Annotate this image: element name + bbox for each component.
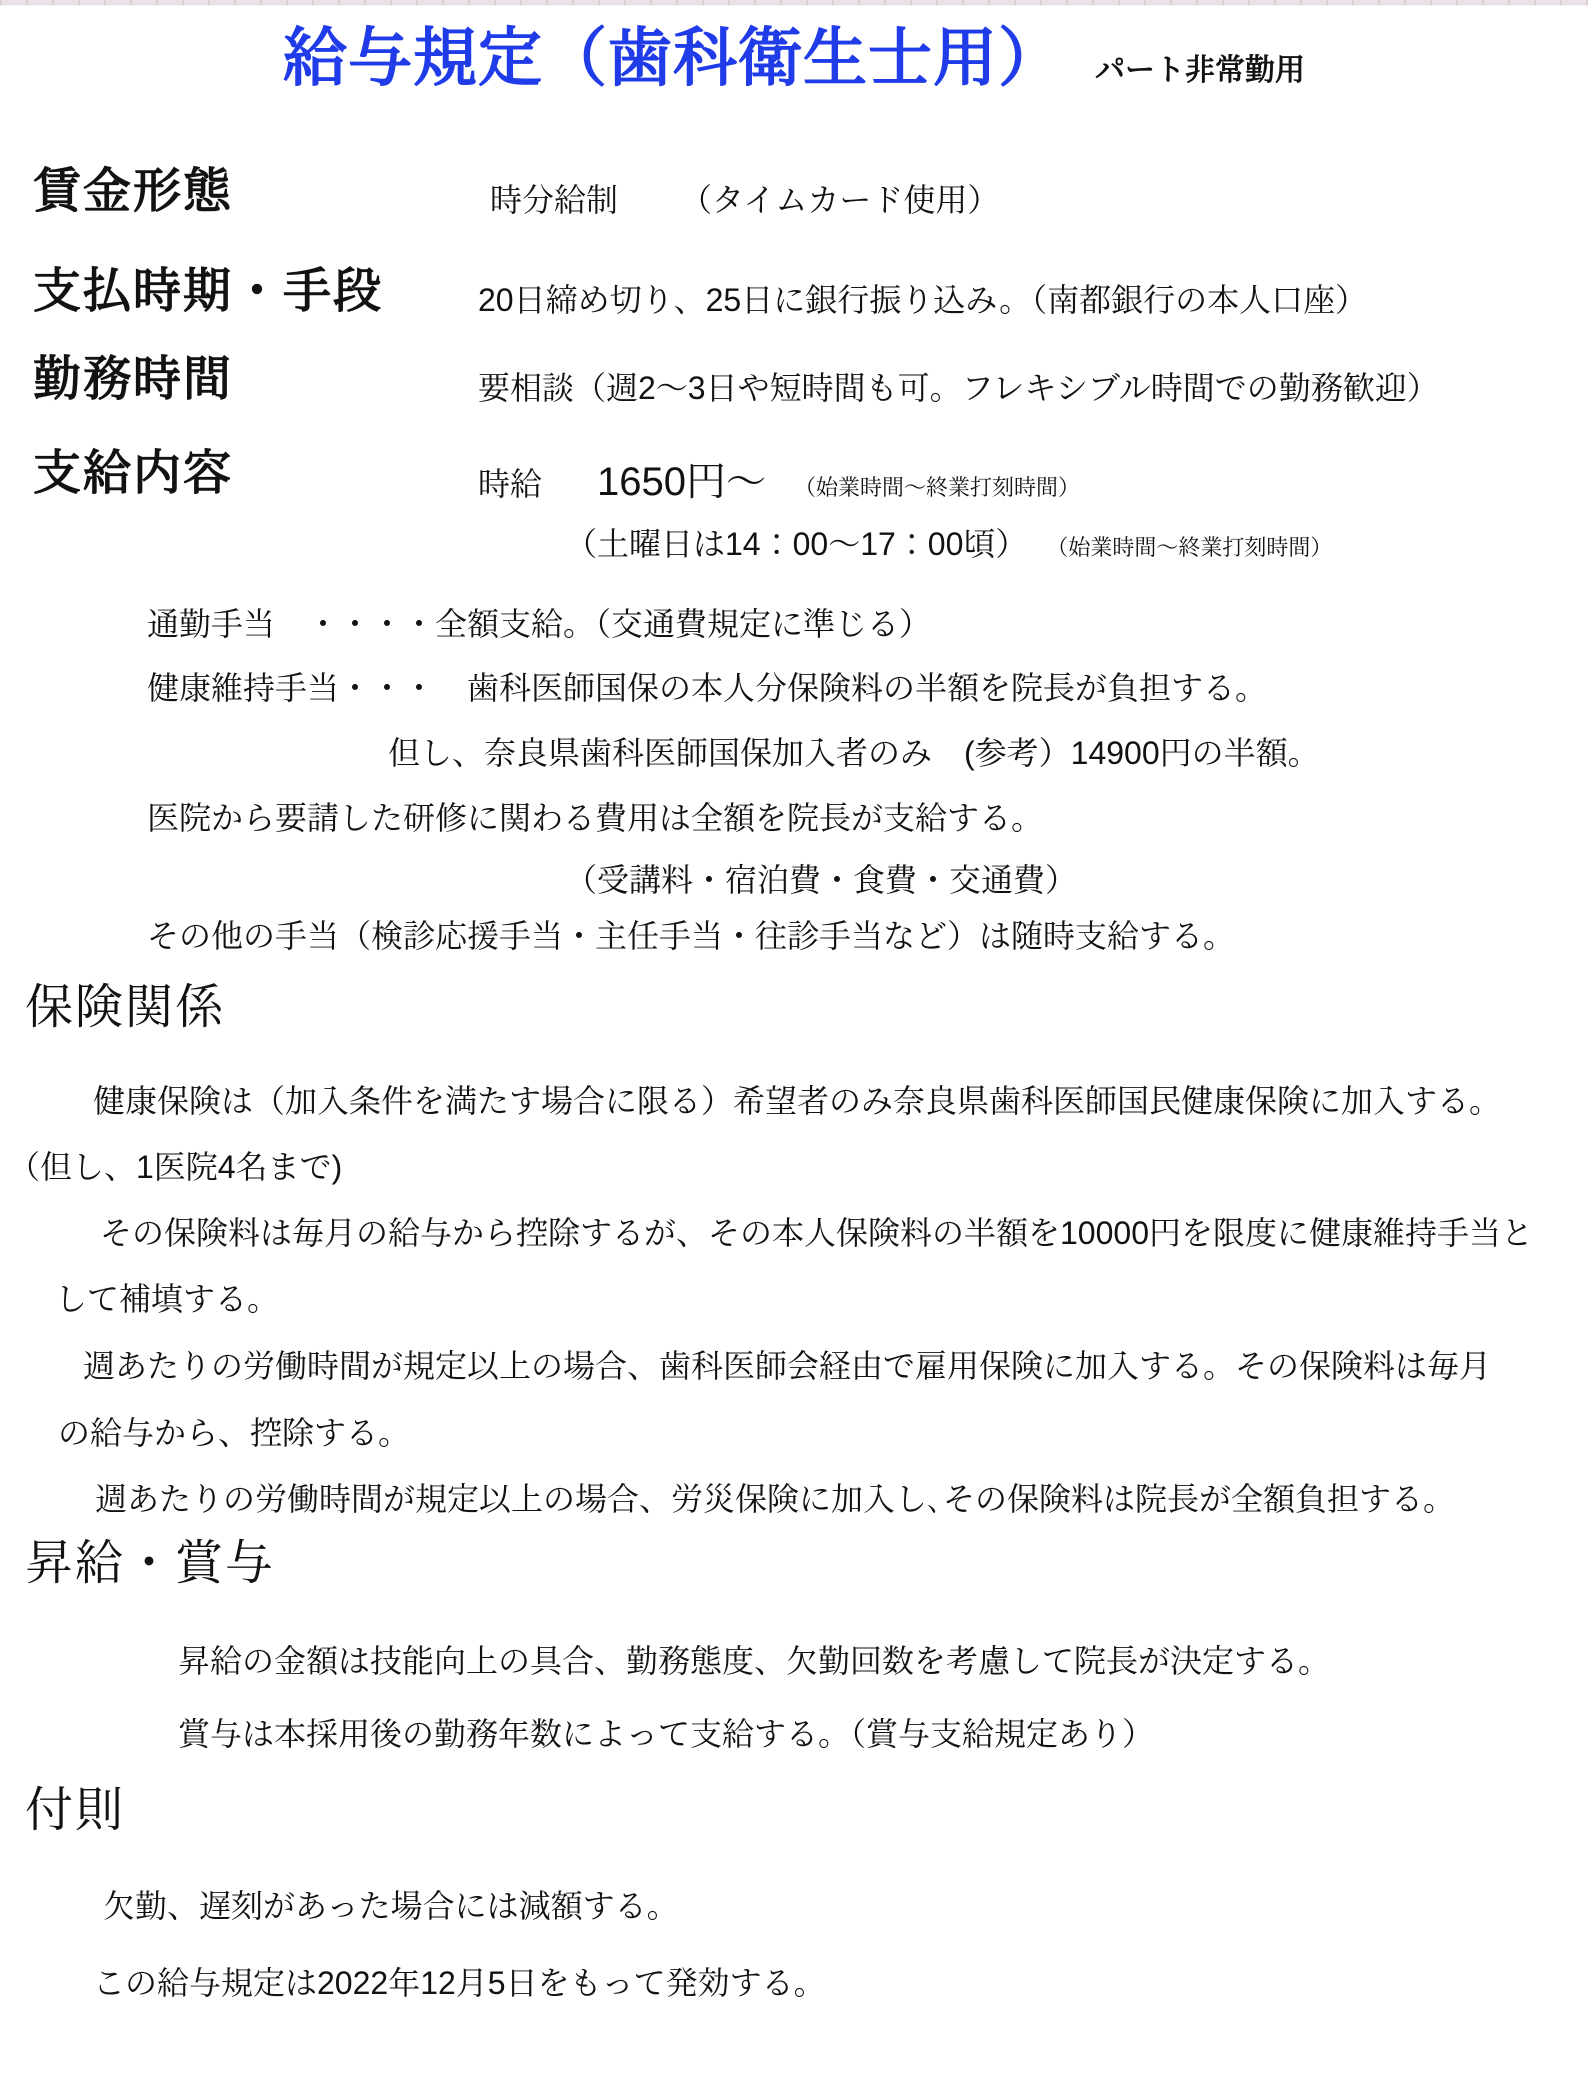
document-page: 給与規定（歯科衛生士用）パート非常勤用 賃金形態 時分給制（タイムカード使用） … (0, 0, 1588, 2074)
wage-form-value: 時分給制 (490, 182, 618, 218)
insurance-line-4: して補填する。 (55, 1283, 279, 1315)
appendix-line-2: この給与規定は2022年12月5日をもって発効する。 (93, 1967, 826, 1999)
allowance-training: 医院から要請した研修に関わる費用は全額を院長が支給する。 (147, 802, 1043, 834)
row-label-payment: 支払時期・手段 (33, 268, 383, 316)
row-value-pay: 時給1650円〜（始業時間〜終業打刻時間） (478, 462, 1080, 502)
row-value-hours: 要相談（週2〜3日や短時間も可。フレキシブル時間での勤務歓迎） (478, 372, 1439, 404)
raise-line-2: 賞与は本採用後の勤務年数によって支給する。（賞与支給規定あり） (178, 1718, 1154, 1750)
row-value-payment: 20日締め切り、25日に銀行振り込み。（南都銀行の本人口座） (478, 284, 1367, 316)
row-value-wage-form: 時分給制（タイムカード使用） (490, 184, 999, 216)
pay-small-note: （始業時間〜終業打刻時間） (794, 475, 1080, 500)
allowance-health: 健康維持手当・・・ 歯科医師国保の本人分保険料の半額を院長が負担する。 (147, 672, 1267, 704)
wage-amount: 1650円〜 (597, 460, 766, 504)
saturday-small-note: （始業時間〜終業打刻時間） (1057, 535, 1332, 560)
row-label-hours: 勤務時間 (33, 356, 233, 404)
saturday-text: （土曜日は14：00〜17：00頃） (565, 526, 1027, 562)
allowance-health-note: 但し、奈良県歯科医師国保加入者のみ (参考）14900円の半額。 (388, 737, 1320, 769)
wage-word: 時給 (478, 466, 542, 502)
doc-title: 給与規定（歯科衛生士用） (283, 22, 1063, 94)
ruler-bar (0, 0, 1588, 6)
allowance-other: その他の手当（検診応援手当・主任手当・往診手当など）は随時支給する。 (147, 920, 1235, 952)
insurance-line-5: 週あたりの労働時間が規定以上の場合、歯科医師会経由で雇用保険に加入する。その保険… (83, 1350, 1491, 1382)
insurance-line-1: 健康保険は（加入条件を満たす場合に限る）希望者のみ奈良県歯科医師国民健康保険に加… (93, 1085, 1501, 1117)
wage-form-note: （タイムカード使用） (680, 182, 999, 218)
doc-title-suffix: パート非常勤用 (1095, 54, 1305, 87)
insurance-line-3: その保険料は毎月の給与から控除するが、その本人保険料の半額を10000円を限度に… (100, 1217, 1533, 1249)
heading-appendix: 付則 (25, 1787, 125, 1835)
heading-insurance: 保険関係 (25, 984, 225, 1032)
heading-raise-bonus: 昇給・賞与 (25, 1540, 275, 1588)
appendix-line-1: 欠勤、遅刻があった場合には減額する。 (103, 1890, 679, 1922)
title-row: 給与規定（歯科衛生士用）パート非常勤用 (0, 22, 1588, 96)
allowance-training-note: （受講料・宿泊費・食費・交通費） (565, 864, 1077, 896)
saturday-line: （土曜日は14：00〜17：00頃）（始業時間〜終業打刻時間） (565, 528, 1332, 560)
insurance-line-6: の給与から、控除する。 (58, 1417, 410, 1449)
row-label-pay: 支給内容 (33, 450, 233, 498)
row-label-wage-form: 賃金形態 (33, 168, 233, 216)
allowance-commute: 通勤手当 ・・・・全額支給。（交通費規定に準じる） (147, 608, 931, 640)
insurance-line-7: 週あたりの労働時間が規定以上の場合、労災保険に加入し､その保険料は院長が全額負担… (95, 1483, 1455, 1515)
insurance-line-2: （但し、1医院4名まで) (8, 1151, 342, 1183)
raise-line-1: 昇給の金額は技能向上の具合、勤務態度、欠勤回数を考慮して院長が決定する。 (178, 1645, 1330, 1677)
